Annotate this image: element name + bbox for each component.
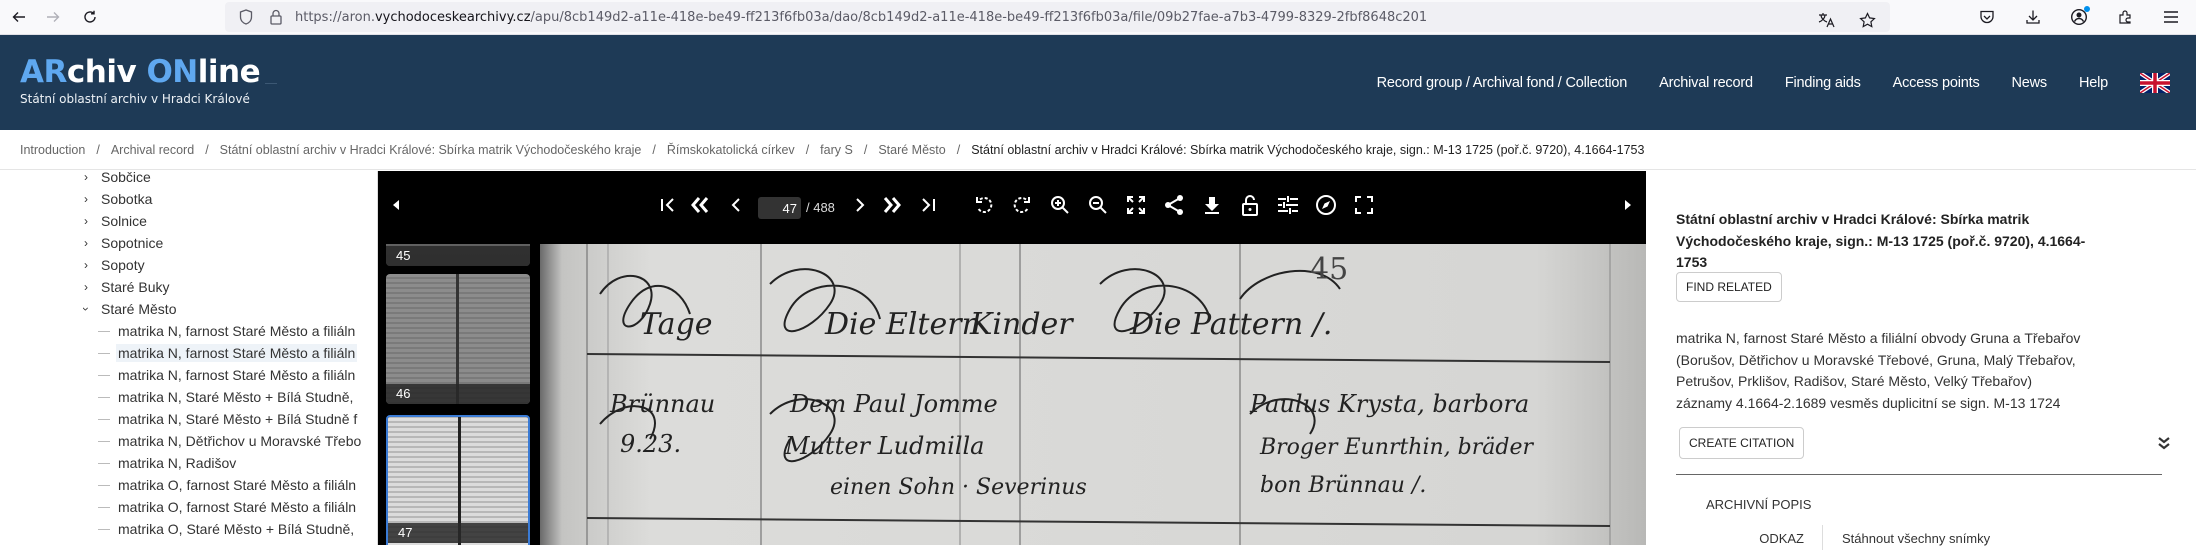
fast-forward-icon[interactable] — [878, 191, 906, 219]
breadcrumb-fary-s[interactable]: fary S — [820, 143, 853, 157]
archive-tree: ›Sobčice ›Sobotka ›Solnice ›Sopotnice ›S… — [0, 171, 378, 545]
pocket-icon[interactable] — [1974, 3, 2000, 31]
nav-record-group[interactable]: Record group / Archival fond / Collectio… — [1377, 75, 1628, 91]
svg-text:Die Eltern: Die Eltern — [824, 307, 981, 342]
nav-finding-aids[interactable]: Finding aids — [1785, 75, 1861, 91]
create-citation-button[interactable]: CREATE CITATION — [1679, 427, 1804, 459]
chevron-right-icon[interactable]: › — [80, 192, 92, 206]
lock-icon[interactable] — [265, 6, 287, 28]
notification-dot — [2084, 6, 2090, 12]
svg-text:Brünnau: Brünnau — [609, 390, 715, 418]
downloads-icon[interactable] — [2020, 3, 2046, 31]
account-icon[interactable] — [2066, 3, 2092, 31]
zoom-out-icon[interactable] — [1084, 191, 1112, 219]
chevron-right-icon[interactable]: › — [80, 214, 92, 228]
site-header: ARchiv ONline Státní oblastní archiv v H… — [0, 35, 2196, 130]
logo-decoration — [265, 83, 277, 84]
svg-text:Tage: Tage — [640, 307, 713, 342]
image-viewer: / 488 — [378, 171, 1646, 545]
download-all-link[interactable]: Stáhnout všechny snímky — [1842, 531, 1990, 545]
section-title: ARCHIVNÍ POPIS — [1706, 497, 1811, 512]
nav-news[interactable]: News — [2012, 75, 2047, 91]
svg-text:9.23.: 9.23. — [620, 430, 681, 458]
share-icon[interactable] — [1160, 191, 1188, 219]
adjustments-icon[interactable] — [1274, 191, 1302, 219]
svg-text:bon Brünnau /.: bon Brünnau /. — [1260, 473, 1426, 498]
collapse-right-icon[interactable] — [1614, 191, 1642, 219]
breadcrumb-archival-record[interactable]: Archival record — [111, 143, 194, 157]
breadcrumb-church[interactable]: Římskokatolická církev — [667, 143, 795, 157]
compass-icon[interactable] — [1312, 191, 1340, 219]
nav-archival-record[interactable]: Archival record — [1659, 75, 1753, 91]
nav-help[interactable]: Help — [2079, 75, 2108, 91]
page-number-input[interactable] — [758, 197, 801, 219]
breadcrumb-fond[interactable]: Státní oblastní archiv v Hradci Králové:… — [220, 143, 642, 157]
main-nav: Record group / Archival fond / Collectio… — [1345, 35, 2170, 130]
record-description: matrika N, farnost Staré Město a filiáln… — [1676, 328, 2136, 414]
record-title: Státní oblastní archiv v Hradci Králové:… — [1676, 209, 2096, 274]
back-arrow-icon[interactable] — [4, 2, 34, 32]
page-total: / 488 — [806, 200, 835, 215]
menu-icon[interactable] — [2158, 3, 2184, 31]
svg-text:einen Sohn · Severinus: einen Sohn · Severinus — [830, 475, 1087, 500]
lock-open-icon[interactable] — [1236, 191, 1264, 219]
url-bar[interactable]: https://aron.vychodoceskearchivy.cz/apu/… — [225, 2, 1890, 32]
uk-flag-icon[interactable] — [2140, 73, 2170, 93]
next-page-icon[interactable] — [846, 191, 874, 219]
breadcrumb-current: Státní oblastní archiv v Hradci Králové:… — [971, 143, 1644, 157]
svg-text:Broger Eunrthin, bräder: Broger Eunrthin, bräder — [1259, 435, 1534, 460]
chevron-right-icon[interactable]: › — [80, 236, 92, 250]
chevron-right-icon[interactable]: › — [80, 171, 92, 184]
breadcrumb: Introduction/ Archival record/ Státní ob… — [0, 130, 2196, 170]
logo-title: ARchiv ONline — [20, 55, 260, 89]
thumbnail-selected[interactable]: 47 — [386, 415, 530, 545]
breadcrumb-introduction[interactable]: Introduction — [20, 143, 85, 157]
thumbnail-strip[interactable]: 45 46 47 — [386, 244, 534, 545]
translate-icon[interactable] — [1814, 6, 1840, 34]
svg-text:45: 45 — [1310, 252, 1348, 287]
viewer-toolbar: / 488 — [378, 171, 1646, 235]
url-text: https://aron.vychodoceskearchivy.cz/apu/… — [295, 10, 1427, 25]
svg-text:Die Pattern /.: Die Pattern /. — [1129, 307, 1332, 342]
svg-text:Kinder: Kinder — [969, 307, 1074, 342]
rotate-left-icon[interactable] — [970, 191, 998, 219]
expand-double-chevron-icon[interactable] — [2156, 435, 2172, 456]
document-scan[interactable]: Tage Die Eltern Kinder Die Pattern /. 45… — [540, 244, 1646, 545]
last-page-icon[interactable] — [914, 191, 942, 219]
fast-back-icon[interactable] — [686, 191, 714, 219]
chevron-right-icon[interactable]: › — [80, 280, 92, 294]
zoom-in-icon[interactable] — [1046, 191, 1074, 219]
svg-text:Paulus Krysta, barbora: Paulus Krysta, barbora — [1249, 390, 1529, 418]
browser-toolbar: https://aron.vychodoceskearchivy.cz/apu/… — [0, 0, 2196, 35]
find-related-button[interactable]: FIND RELATED — [1676, 272, 1782, 302]
chevron-right-icon[interactable]: › — [80, 258, 92, 272]
logo-subtitle: Státní oblastní archiv v Hradci Králové — [20, 92, 260, 106]
handwritten-register-page: Tage Die Eltern Kinder Die Pattern /. 45… — [540, 244, 1646, 545]
site-logo[interactable]: ARchiv ONline Státní oblastní archiv v H… — [20, 55, 260, 106]
reload-icon[interactable] — [75, 2, 105, 32]
prev-page-icon[interactable] — [722, 191, 750, 219]
field-label: ODKAZ — [1706, 531, 1804, 545]
divider — [1676, 474, 2162, 475]
thumbnail[interactable]: 45 — [386, 244, 530, 266]
chevron-down-icon[interactable]: › — [79, 303, 93, 315]
first-page-icon[interactable] — [654, 191, 682, 219]
nav-access-points[interactable]: Access points — [1893, 75, 1980, 91]
record-detail-panel: Státní oblastní archiv v Hradci Králové:… — [1646, 171, 2196, 545]
rotate-right-icon[interactable] — [1008, 191, 1036, 219]
breadcrumb-stare-mesto[interactable]: Staré Město — [878, 143, 945, 157]
thumbnail[interactable]: 46 — [386, 274, 530, 404]
collapse-left-icon[interactable] — [382, 191, 410, 219]
download-icon[interactable] — [1198, 191, 1226, 219]
svg-text:Mutter Ludmilla: Mutter Ludmilla — [784, 432, 984, 460]
forward-arrow-icon[interactable] — [38, 2, 68, 32]
svg-text:Dem Paul Jomme: Dem Paul Jomme — [789, 390, 998, 418]
bookmark-star-icon[interactable] — [1854, 6, 1880, 34]
extensions-icon[interactable] — [2112, 3, 2138, 31]
shield-icon[interactable] — [235, 6, 257, 28]
fit-to-screen-icon[interactable] — [1122, 191, 1150, 219]
fullscreen-icon[interactable] — [1350, 191, 1378, 219]
